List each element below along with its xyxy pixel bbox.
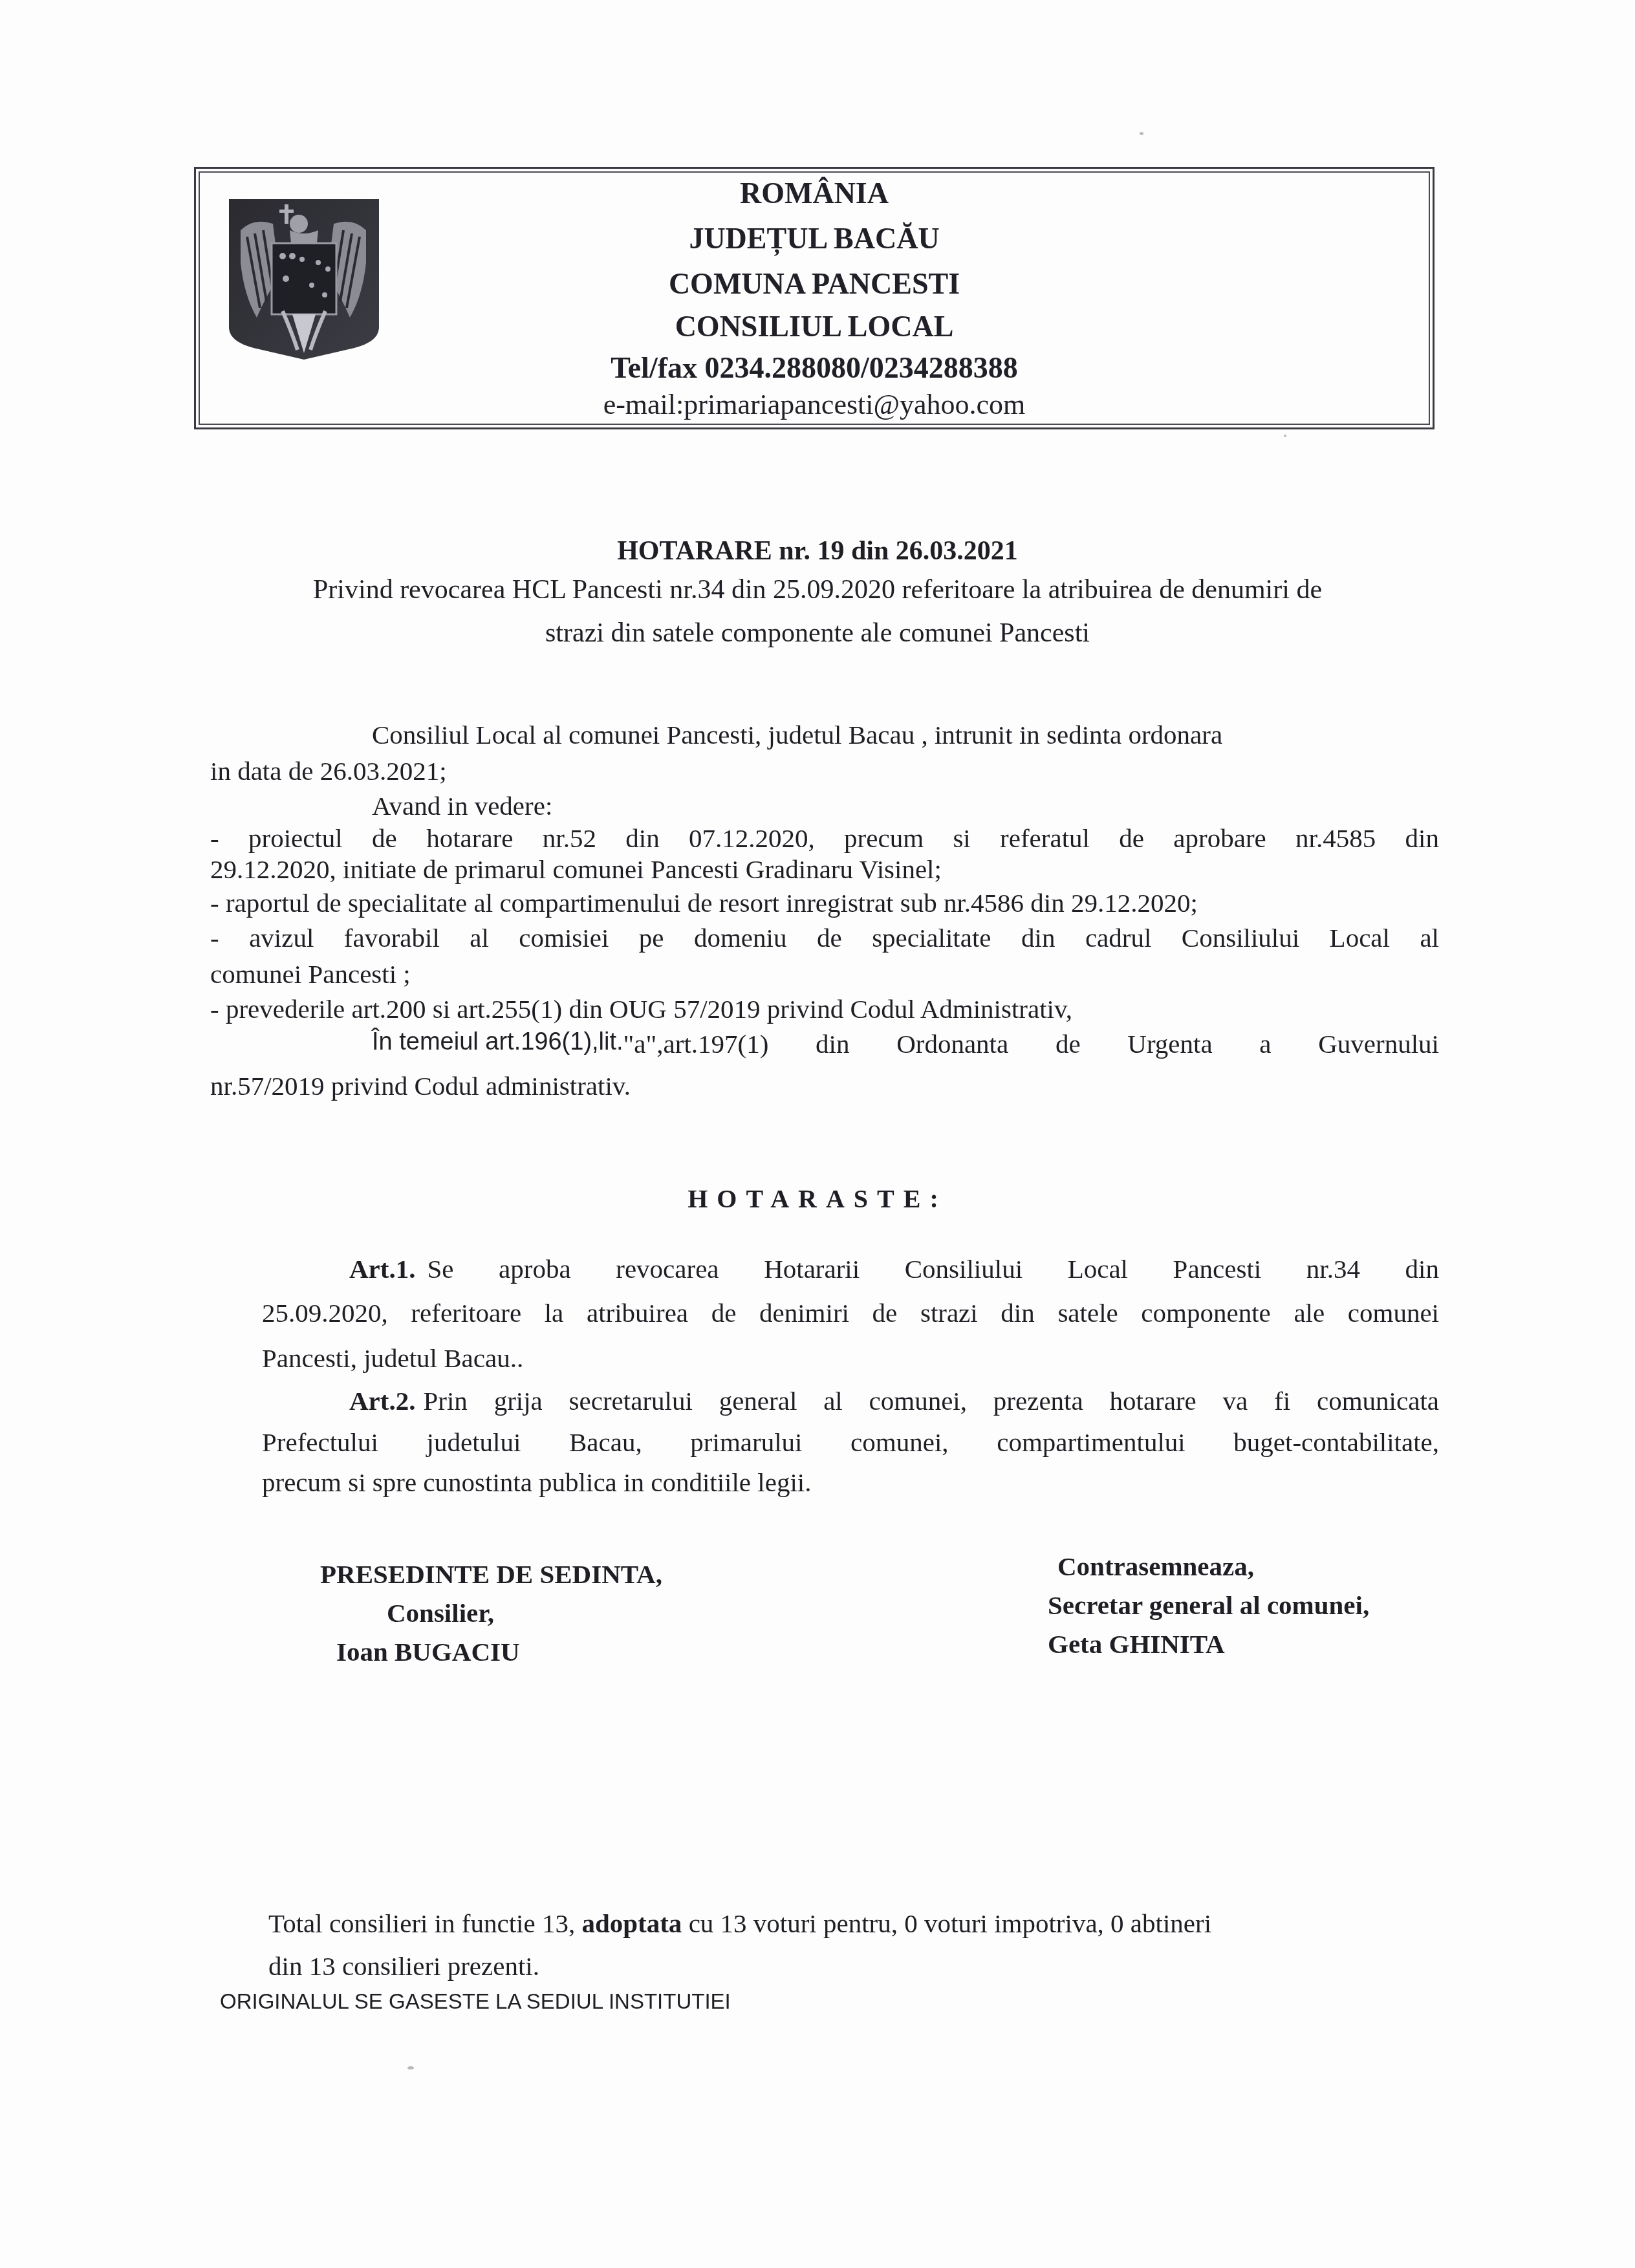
article-2-text: Prin grija secretarului general al comun… — [415, 1385, 1439, 1416]
article-1-line1: Art.1.Se aproba revocarea Hotararii Cons… — [349, 1253, 1439, 1284]
legal-basis-prefix: În temeiul art.196(1),lit. — [372, 1028, 623, 1059]
article-1-line2: 25.09.2020, referitoare la atribuirea de… — [262, 1297, 1439, 1328]
vote-prefix: Total consilieri in functie 13, — [268, 1908, 581, 1938]
consideration-item-4: - prevederile art.200 si art.255(1) din … — [210, 993, 1072, 1024]
preamble-line1: Consiliul Local al comunei Pancesti, jud… — [372, 719, 1222, 750]
decision-subject-line2: strazi din satele componente ale comunei… — [0, 618, 1635, 649]
article-2-line2: Prefectului judetului Bacau, primarului … — [262, 1427, 1439, 1458]
header-email[interactable]: e-mail:primariapancesti@yahoo.com — [194, 388, 1435, 421]
header-county: JUDEȚUL BACĂU — [194, 221, 1435, 255]
scan-dust-mark — [1284, 435, 1286, 437]
signature-right-role: Contrasemneaza, — [1057, 1551, 1254, 1582]
header-commune: COMUNA PANCESTI — [194, 266, 1435, 301]
preamble-line2: in data de 26.03.2021; — [210, 755, 447, 786]
considering-label: Avand in vedere: — [372, 790, 552, 821]
footer-note: ORIGINALUL SE GASESTE LA SEDIUL INSTITUT… — [220, 1989, 731, 2014]
consideration-item-1-line1: - proiectul de hotarare nr.52 din 07.12.… — [210, 823, 1439, 854]
signature-left-role: PRESEDINTE DE SEDINTA, — [320, 1559, 662, 1590]
consideration-item-1-line2: 29.12.2020, initiate de primarul comunei… — [210, 854, 942, 885]
article-2-label: Art.2. — [349, 1385, 415, 1416]
consideration-item-3-line2: comunei Pancesti ; — [210, 958, 411, 989]
legal-basis-line2: nr.57/2019 privind Codul administrativ. — [210, 1070, 631, 1101]
legal-basis-line1: În temeiul art.196(1),lit."a",art.197(1)… — [372, 1028, 1439, 1059]
decision-subject-line1: Privind revocarea HCL Pancesti nr.34 din… — [0, 574, 1635, 605]
legal-basis-rest: "a",art.197(1) din Ordonanta de Urgenta … — [623, 1028, 1439, 1059]
header-council: CONSILIUL LOCAL — [194, 309, 1435, 343]
article-1-text: Se aproba revocarea Hotararii Consiliulu… — [415, 1253, 1439, 1284]
signature-right-name: Geta GHINITA — [1048, 1628, 1225, 1659]
vote-adopted: adoptata — [581, 1908, 682, 1938]
decision-title: HOTARARE nr. 19 din 26.03.2021 — [0, 535, 1635, 567]
header-country: ROMÂNIA — [194, 176, 1435, 210]
vote-summary-line2: din 13 consilieri prezenti. — [268, 1950, 539, 1982]
vote-suffix: cu 13 voturi pentru, 0 voturi impotriva,… — [682, 1908, 1211, 1938]
vote-summary-line1: Total consilieri in functie 13, adoptata… — [268, 1908, 1211, 1939]
article-1-line3: Pancesti, judetul Bacau.. — [262, 1343, 523, 1374]
header-phone: Tel/fax 0234.288080/0234288388 — [194, 351, 1435, 385]
article-2-line3: precum si spre cunostinta publica in con… — [262, 1467, 811, 1498]
scan-dust-mark — [407, 2066, 414, 2069]
signature-left-title: Consilier, — [387, 1597, 494, 1628]
article-1-label: Art.1. — [349, 1253, 415, 1284]
scan-dust-mark — [1140, 132, 1143, 135]
signature-left-name: Ioan BUGACIU — [336, 1636, 520, 1667]
consideration-item-2: - raportul de specialitate al compartime… — [210, 887, 1198, 918]
consideration-item-3-line1: - avizul favorabil al comisiei pe domeni… — [210, 922, 1439, 953]
signature-right-title: Secretar general al comunei, — [1048, 1590, 1369, 1621]
article-2-line1: Art.2.Prin grija secretarului general al… — [349, 1385, 1439, 1416]
decides-heading: HOTARASTE: — [0, 1183, 1635, 1214]
